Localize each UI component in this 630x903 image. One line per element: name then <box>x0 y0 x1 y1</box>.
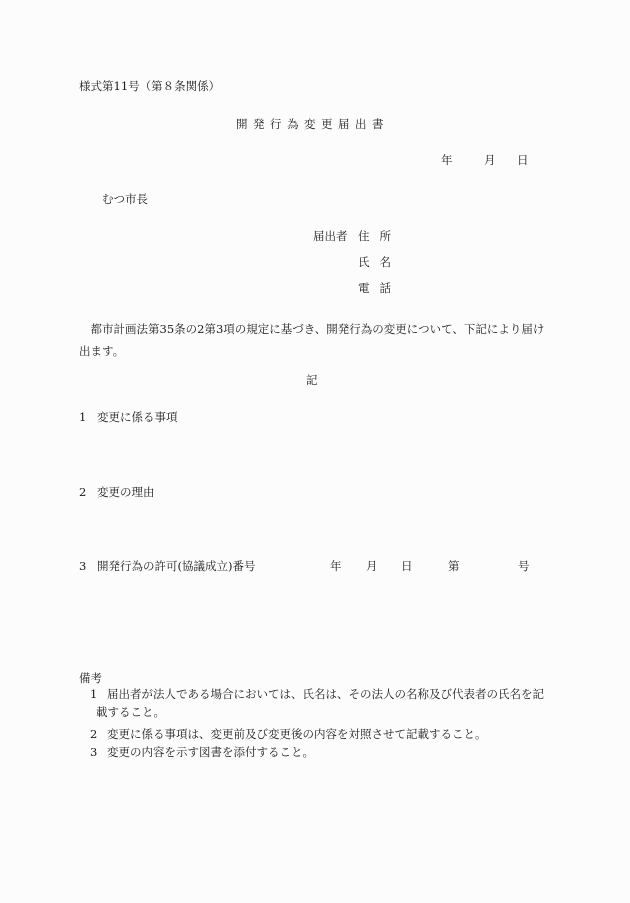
item-label: 開発行為の許可(協議成立)番号 <box>97 559 255 573</box>
note-number: 1 <box>90 685 107 703</box>
applicant-label: 届出者 <box>313 231 348 243</box>
item-number: 1 <box>79 412 97 424</box>
document-title: 開発行為変更届出書 <box>236 119 389 131</box>
date-month-label: 月 <box>484 155 517 167</box>
permit-month-label: 月 <box>366 561 378 573</box>
item-change-reason: 2変更の理由 <box>79 487 155 499</box>
note-text: 変更の内容を示す図書を添付すること。 <box>107 745 314 759</box>
permit-day-label: 日 <box>401 561 413 573</box>
applicant-phone-label: 電話 <box>358 283 401 295</box>
permit-go-label: 号 <box>518 561 530 573</box>
item-label: 変更の理由 <box>97 485 155 499</box>
notes-title: 備考 <box>79 673 102 685</box>
submission-date: 年月日 <box>441 155 529 167</box>
item-label: 変更に係る事項 <box>97 410 178 424</box>
item-number: 2 <box>79 487 97 499</box>
permit-year-label: 年 <box>330 561 342 573</box>
item-permit-number: 3開発行為の許可(協議成立)番号 <box>79 561 255 573</box>
form-number: 様式第11号（第８条関係） <box>79 81 220 93</box>
note-number: 2 <box>90 725 107 743</box>
date-day-label: 日 <box>517 155 529 167</box>
item-change-matters: 1変更に係る事項 <box>79 412 178 424</box>
applicant-address-label: 住所 <box>358 231 401 243</box>
permit-dai-label: 第 <box>448 561 460 573</box>
date-year-label: 年 <box>441 155 484 167</box>
note-number: 3 <box>90 743 107 761</box>
note-text-continuation: 載すること。 <box>90 703 550 721</box>
note-item: 2変更に係る事項は、変更前及び変更後の内容を対照させて記載すること。 <box>90 725 550 743</box>
note-text: 変更に係る事項は、変更前及び変更後の内容を対照させて記載すること。 <box>107 727 487 741</box>
item-number: 3 <box>79 561 97 573</box>
note-text: 届出者が法人である場合においては、氏名は、その法人の名称及び代表者の氏名を記 <box>107 687 544 701</box>
applicant-name-label: 氏名 <box>358 257 401 269</box>
note-item: 3変更の内容を示す図書を添付すること。 <box>90 743 550 761</box>
note-item: 1届出者が法人である場合においては、氏名は、その法人の名称及び代表者の氏名を記 … <box>90 685 550 721</box>
addressee: むつ市長 <box>102 194 148 206</box>
intro-paragraph: 都市計画法第35条の2第3項の規定に基づき、開発行為の変更について、下記により届… <box>79 318 549 362</box>
ki-heading: 記 <box>306 375 318 387</box>
